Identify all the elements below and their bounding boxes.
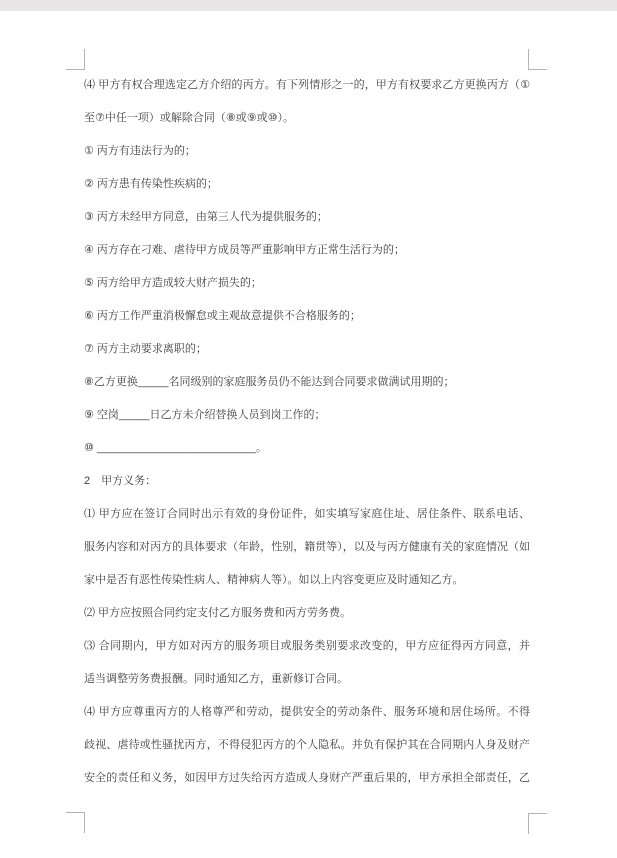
text-line: ⑤ 丙方给甲方造成较大财产损失的； <box>84 267 530 300</box>
text-line: ⑩ __________________________。 <box>84 432 530 465</box>
text-line: ⑧乙方更换_____名同级别的家庭服务员仍不能达到合同要求做满试用期的； <box>84 366 530 399</box>
margin-mark-bottom-left <box>66 812 85 833</box>
text-line: ⑥ 丙方工作严重消极懈怠或主观故意提供不合格服务的； <box>84 300 530 333</box>
margin-mark-top-right <box>528 49 547 70</box>
text-line: ⑴ 甲方应在签订合同时出示有效的身份证件，如实填写家庭住址、居住条件、联系电话、 <box>84 498 530 531</box>
text-line: ⑶ 合同期内，甲方如对丙方的服务项目或服务类别要求改变的，甲方应征得丙方同意，并 <box>84 630 530 663</box>
text-line: 适当调整劳务费报酬。同时通知乙方，重新修订合同。 <box>84 663 530 696</box>
text-line: ⑦ 丙方主动要求离职的； <box>84 333 530 366</box>
text-line: 2 甲方义务： <box>84 465 530 498</box>
text-line: ② 丙方患有传染性疾病的； <box>84 168 530 201</box>
margin-mark-bottom-right <box>528 813 547 834</box>
text-line: 安全的责任和义务，如因甲方过失给丙方造成人身财产严重后果的，甲方承担全部责任，乙 <box>84 762 530 795</box>
text-line: ① 丙方有违法行为的； <box>84 135 530 168</box>
text-line: ⑵ 甲方应按照合同约定支付乙方服务费和丙方劳务费。 <box>84 597 530 630</box>
text-line: 服务内容和对丙方的具体要求（年龄，性别，籍贯等），以及与丙方健康有关的家庭情况（… <box>84 531 530 564</box>
text-line: ⑷ 甲方有权合理选定乙方介绍的丙方。有下列情形之一的，甲方有权要求乙方更换丙方（… <box>84 69 530 102</box>
text-line: 至⑦中任一项）或解除合同（⑧或⑨或⑩）。 <box>84 102 530 135</box>
app-background <box>0 0 617 11</box>
text-line: ④ 丙方存在刁难、虐待甲方成员等严重影响甲方正常生活行为的； <box>84 234 530 267</box>
document-page: ⑷ 甲方有权合理选定乙方介绍的丙方。有下列情形之一的，甲方有权要求乙方更换丙方（… <box>0 0 617 858</box>
text-line: ③ 丙方未经甲方同意，由第三人代为提供服务的； <box>84 201 530 234</box>
text-line: 家中是否有恶性传染性病人、精神病人等）。如以上内容变更应及时通知乙方。 <box>84 564 530 597</box>
text-line: ⑨ 空岗_____日乙方未介绍替换人员到岗工作的； <box>84 399 530 432</box>
contract-text-body[interactable]: ⑷ 甲方有权合理选定乙方介绍的丙方。有下列情形之一的，甲方有权要求乙方更换丙方（… <box>84 69 530 795</box>
text-line: 歧视、虐待或性骚扰丙方，不得侵犯丙方的个人隐私。并负有保护其在合同期内人身及财产 <box>84 729 530 762</box>
text-line: ⑷ 甲方应尊重丙方的人格尊严和劳动，提供安全的劳动条件、服务环境和居住场所。不得 <box>84 696 530 729</box>
margin-mark-top-left <box>66 49 85 70</box>
